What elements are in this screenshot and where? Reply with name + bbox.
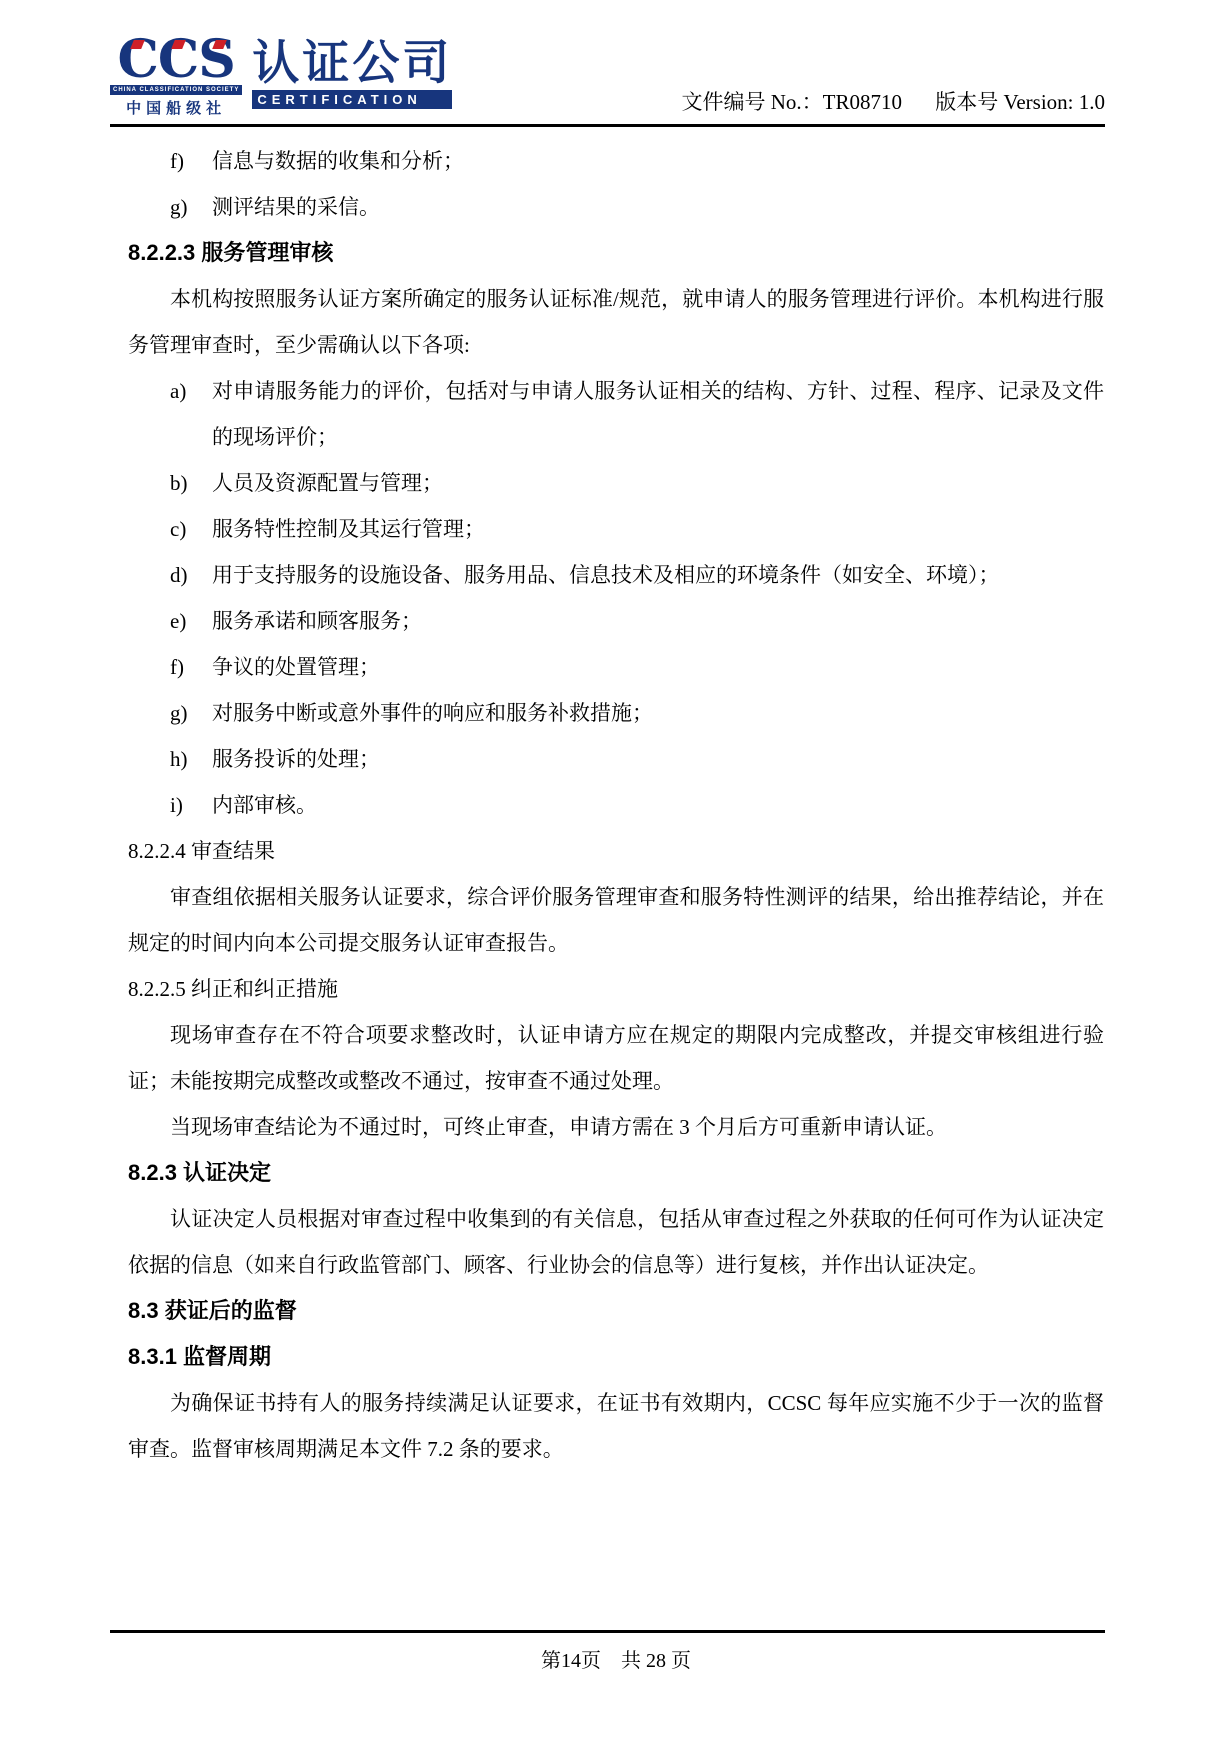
page-header: CCS CHINA CLASSIFICATION SOCIETY 中国船级社 认… xyxy=(110,40,1105,127)
list-item-label: d) xyxy=(170,552,212,598)
society-cn-label: 中国船级社 xyxy=(126,97,226,118)
document-meta: 文件编号 No.：TR08710 版本号 Version: 1.0 xyxy=(682,86,1106,118)
paragraph: 本机构按照服务认证方案所确定的服务认证标准/规范，就申请人的服务管理进行评价。本… xyxy=(128,276,1104,368)
list-item: d)用于支持服务的设施设备、服务用品、信息技术及相应的环境条件（如安全、环境）； xyxy=(170,552,1104,598)
document-page: CCS CHINA CLASSIFICATION SOCIETY 中国船级社 认… xyxy=(0,0,1232,1743)
section-heading: 8.3 获证后的监督 xyxy=(128,1288,1104,1334)
list-item: h)服务投诉的处理； xyxy=(170,736,1104,782)
list-item-text: 测评结果的采信。 xyxy=(212,184,1104,230)
ccs-letters-text: CCS xyxy=(118,29,235,90)
document-version: 版本号 Version: 1.0 xyxy=(935,90,1105,114)
paragraph: 认证决定人员根据对审查过程中收集到的有关信息，包括从审查过程之外获取的任何可作为… xyxy=(128,1196,1104,1288)
list-item-label: c) xyxy=(170,506,212,552)
list-item: f)信息与数据的收集和分析； xyxy=(170,138,1104,184)
list-item-text: 对服务中断或意外事件的响应和服务补救措施； xyxy=(212,690,1104,736)
list-item: i)内部审核。 xyxy=(170,782,1104,828)
list-item-label: b) xyxy=(170,460,212,506)
ccs-logo-text: CCS xyxy=(118,39,235,82)
list-item-text: 对申请服务能力的评价，包括对与申请人服务认证相关的结构、方针、过程、程序、记录及… xyxy=(212,368,1104,460)
list-item: b)人员及资源配置与管理； xyxy=(170,460,1104,506)
paragraph: 现场审查存在不符合项要求整改时，认证申请方应在规定的期限内完成整改，并提交审核组… xyxy=(128,1012,1104,1104)
section-heading: 8.3.1 监督周期 xyxy=(128,1334,1104,1380)
paragraph: 当现场审查结论为不通过时，可终止审查，申请方需在 3 个月后方可重新申请认证。 xyxy=(128,1104,1104,1150)
list-item-text: 服务投诉的处理； xyxy=(212,736,1104,782)
paragraph: 审查组依据相关服务认证要求，综合评价服务管理审查和服务特性测评的结果，给出推荐结… xyxy=(128,874,1104,966)
list-item: g)对服务中断或意外事件的响应和服务补救措施； xyxy=(170,690,1104,736)
list-item-label: g) xyxy=(170,690,212,736)
list-item-text: 人员及资源配置与管理； xyxy=(212,460,1104,506)
paragraph: 为确保证书持有人的服务持续满足认证要求，在证书有效期内，CCSC 每年应实施不少… xyxy=(128,1380,1104,1472)
ccs-logo: CCS CHINA CLASSIFICATION SOCIETY 中国船级社 认… xyxy=(110,39,452,118)
list-item-label: e) xyxy=(170,598,212,644)
ccs-logo-right: 认证公司 CERTIFICATION xyxy=(252,39,452,109)
list-item-label: i) xyxy=(170,782,212,828)
ccs-logo-left: CCS CHINA CLASSIFICATION SOCIETY 中国船级社 xyxy=(110,39,242,118)
section-heading: 8.2.2.3 服务管理审核 xyxy=(128,230,1104,276)
section-heading: 8.2.2.4 审查结果 xyxy=(128,828,1104,874)
list-item: g)测评结果的采信。 xyxy=(170,184,1104,230)
list-item: a)对申请服务能力的评价，包括对与申请人服务认证相关的结构、方针、过程、程序、记… xyxy=(170,368,1104,460)
list-item-text: 用于支持服务的设施设备、服务用品、信息技术及相应的环境条件（如安全、环境）； xyxy=(212,552,1104,598)
list-item: f)争议的处置管理； xyxy=(170,644,1104,690)
company-name-label: 认证公司 xyxy=(252,39,452,86)
list-item-label: f) xyxy=(170,644,212,690)
list-item-label: a) xyxy=(170,368,212,460)
document-number: 文件编号 No.：TR08710 xyxy=(682,90,903,114)
list-item-text: 信息与数据的收集和分析； xyxy=(212,138,1104,184)
list-item-text: 服务承诺和顾客服务； xyxy=(212,598,1104,644)
section-heading: 8.2.2.5 纠正和纠正措施 xyxy=(128,966,1104,1012)
list-item-label: g) xyxy=(170,184,212,230)
list-item-label: h) xyxy=(170,736,212,782)
list-item-text: 内部审核。 xyxy=(212,782,1104,828)
list-item-label: f) xyxy=(170,138,212,184)
section-heading: 8.2.3 认证决定 xyxy=(128,1150,1104,1196)
footer-divider xyxy=(110,1630,1105,1633)
page-number: 第14页 共 28 页 xyxy=(0,1644,1232,1673)
list-item-text: 争议的处置管理； xyxy=(212,644,1104,690)
list-item-text: 服务特性控制及其运行管理； xyxy=(212,506,1104,552)
certification-bar: CERTIFICATION xyxy=(252,90,452,109)
list-item: e)服务承诺和顾客服务； xyxy=(170,598,1104,644)
document-body: f)信息与数据的收集和分析；g)测评结果的采信。8.2.2.3 服务管理审核本机… xyxy=(128,122,1104,1472)
list-item: c)服务特性控制及其运行管理； xyxy=(170,506,1104,552)
